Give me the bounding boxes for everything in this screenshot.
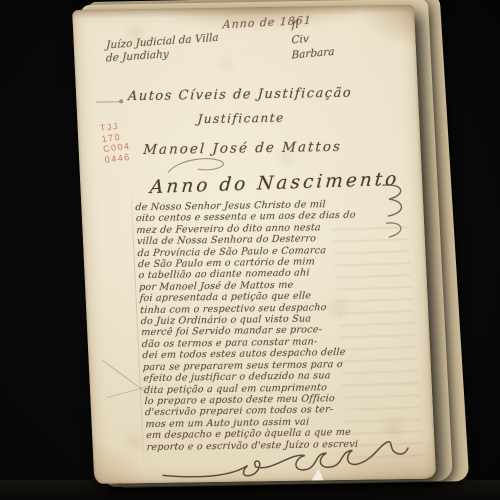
document-page: TJJ170C0040446 Anno de 1861 Juízo Judici… bbox=[72, 5, 436, 484]
document-subtitle: Justificante bbox=[77, 109, 406, 128]
corner-notes: flCivBarbara bbox=[295, 14, 338, 63]
age-spots bbox=[72, 10, 76, 14]
corner-note-line: Barbara bbox=[291, 45, 334, 64]
document-title: Autos Cíveis de Justificação bbox=[76, 85, 405, 105]
court-name: Juízo Judicial da Villa de Jundiahy bbox=[106, 32, 219, 66]
body-text: de Nosso Senhor Jesus Christo de miloito… bbox=[135, 198, 415, 453]
manuscript-photo: TJJ170C0040446 Anno de 1861 Juízo Judici… bbox=[0, 0, 500, 500]
